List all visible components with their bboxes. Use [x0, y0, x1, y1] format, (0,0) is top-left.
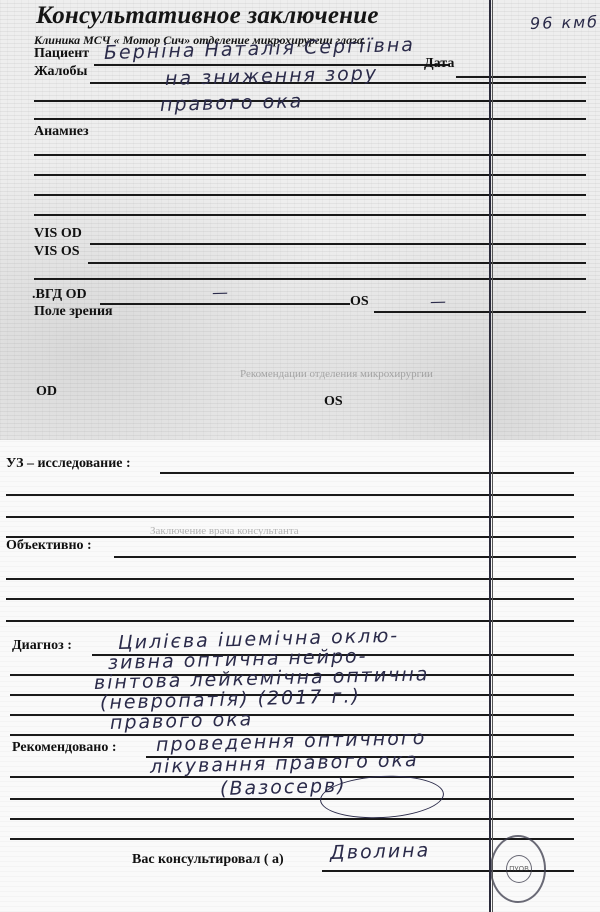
- diagnosis-text[interactable]: правого ока: [110, 708, 254, 734]
- anamnesis-label: Анамнез: [34, 124, 89, 140]
- complaints-text[interactable]: правого ока: [160, 90, 304, 116]
- date-line: [456, 76, 586, 78]
- visual-field-label: Поле зрения: [34, 304, 113, 320]
- patient-label: Пациент: [34, 46, 89, 62]
- recommended-label: Рекомендовано :: [12, 740, 117, 756]
- anamnesis-line: [34, 174, 586, 176]
- visual-field-od-label: OD: [36, 384, 57, 400]
- vis-os-line: [88, 262, 586, 264]
- iop-os-value[interactable]: —: [430, 292, 448, 311]
- ultrasound-line: [160, 472, 574, 474]
- vis-os-label: VIS OS: [34, 244, 80, 260]
- vis-od-line: [90, 243, 586, 245]
- stamp-center: ПУОВ: [506, 855, 532, 883]
- anamnesis-line: [34, 194, 586, 196]
- vertical-margin-line: [489, 0, 493, 912]
- objective-label: Объективно :: [6, 538, 92, 554]
- complaints-line: [34, 118, 586, 120]
- objective-line: [114, 556, 576, 558]
- bleedthrough-text: Рекомендации отделения микрохирургии: [240, 368, 433, 380]
- ultrasound-label: УЗ – исследование :: [6, 456, 131, 472]
- doctor-signature: Дволина: [330, 839, 431, 864]
- corner-note: 96 кмб: [530, 12, 600, 33]
- iop-od-value[interactable]: —: [212, 283, 230, 302]
- iop-os-label: OS: [350, 294, 369, 310]
- complaints-label: Жалобы: [34, 64, 87, 80]
- date-label: Дата: [424, 56, 454, 72]
- consulted-label: Вас консультировал ( а): [132, 852, 284, 868]
- anamnesis-line: [34, 214, 586, 216]
- anamnesis-line: [34, 154, 586, 156]
- visual-field-os-label: OS: [324, 394, 343, 410]
- iop-od-label: .ВГД OD: [32, 287, 87, 303]
- diagnosis-label: Диагноз :: [12, 638, 72, 654]
- iop-os-line: [374, 311, 586, 313]
- document-title: Консультативное заключение: [36, 2, 379, 30]
- vis-od-label: VIS OD: [34, 226, 82, 242]
- complaints-line: [34, 100, 586, 102]
- vis-line: [34, 278, 586, 280]
- iop-od-line: [100, 303, 350, 305]
- clinic-stamp: ПУОВ: [490, 835, 546, 903]
